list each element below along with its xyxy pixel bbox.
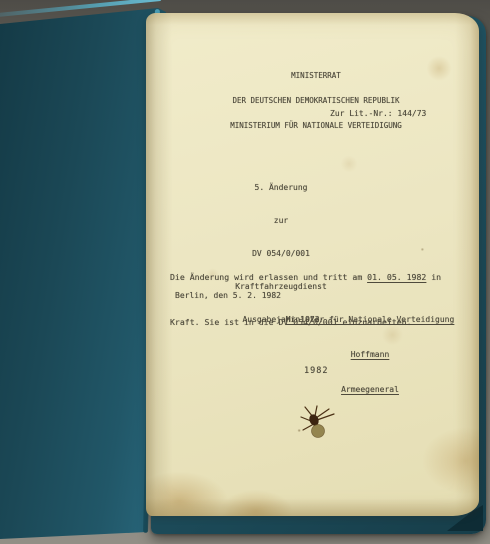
dead-insect-icon bbox=[294, 404, 340, 446]
letterhead-line: MINISTERRAT bbox=[230, 72, 402, 80]
place-and-date: Berlin, den 5. 2. 1982 bbox=[175, 291, 281, 300]
signature-name: Hoffmann bbox=[286, 349, 455, 361]
print-year: 1982 bbox=[304, 366, 328, 376]
decree-text: Die Änderung wird erlassen und tritt am bbox=[170, 272, 367, 282]
photo-scene: MINISTERRAT DER DEUTSCHEN DEMOKRATISCHEN… bbox=[0, 0, 490, 544]
title-line: 5. Änderung bbox=[235, 182, 327, 193]
letterhead: MINISTERRAT DER DEUTSCHEN DEMOKRATISCHEN… bbox=[230, 55, 402, 147]
effective-date: 01. 05. 1982 bbox=[367, 272, 426, 282]
decree-line-1: Die Änderung wird erlassen und tritt am … bbox=[170, 270, 441, 285]
literature-number: Zur Lit.-Nr.: 144/73 bbox=[330, 109, 426, 118]
title-line: zur bbox=[235, 215, 327, 226]
signature-block: Minister für Nationale Verteidigung Hoff… bbox=[286, 291, 455, 419]
letterhead-line: DER DEUTSCHEN DEMOKRATISCHEN REPUBLIK bbox=[230, 97, 402, 105]
letterhead-line: MINISTERIUM FÜR NATIONALE VERTEIDIGUNG bbox=[230, 122, 402, 130]
decree-text: in bbox=[426, 272, 441, 282]
signature-title: Minister für Nationale Verteidigung bbox=[286, 314, 455, 326]
document-page: MINISTERRAT DER DEUTSCHEN DEMOKRATISCHEN… bbox=[146, 13, 479, 516]
signature-rank: Armeegeneral bbox=[286, 384, 455, 396]
